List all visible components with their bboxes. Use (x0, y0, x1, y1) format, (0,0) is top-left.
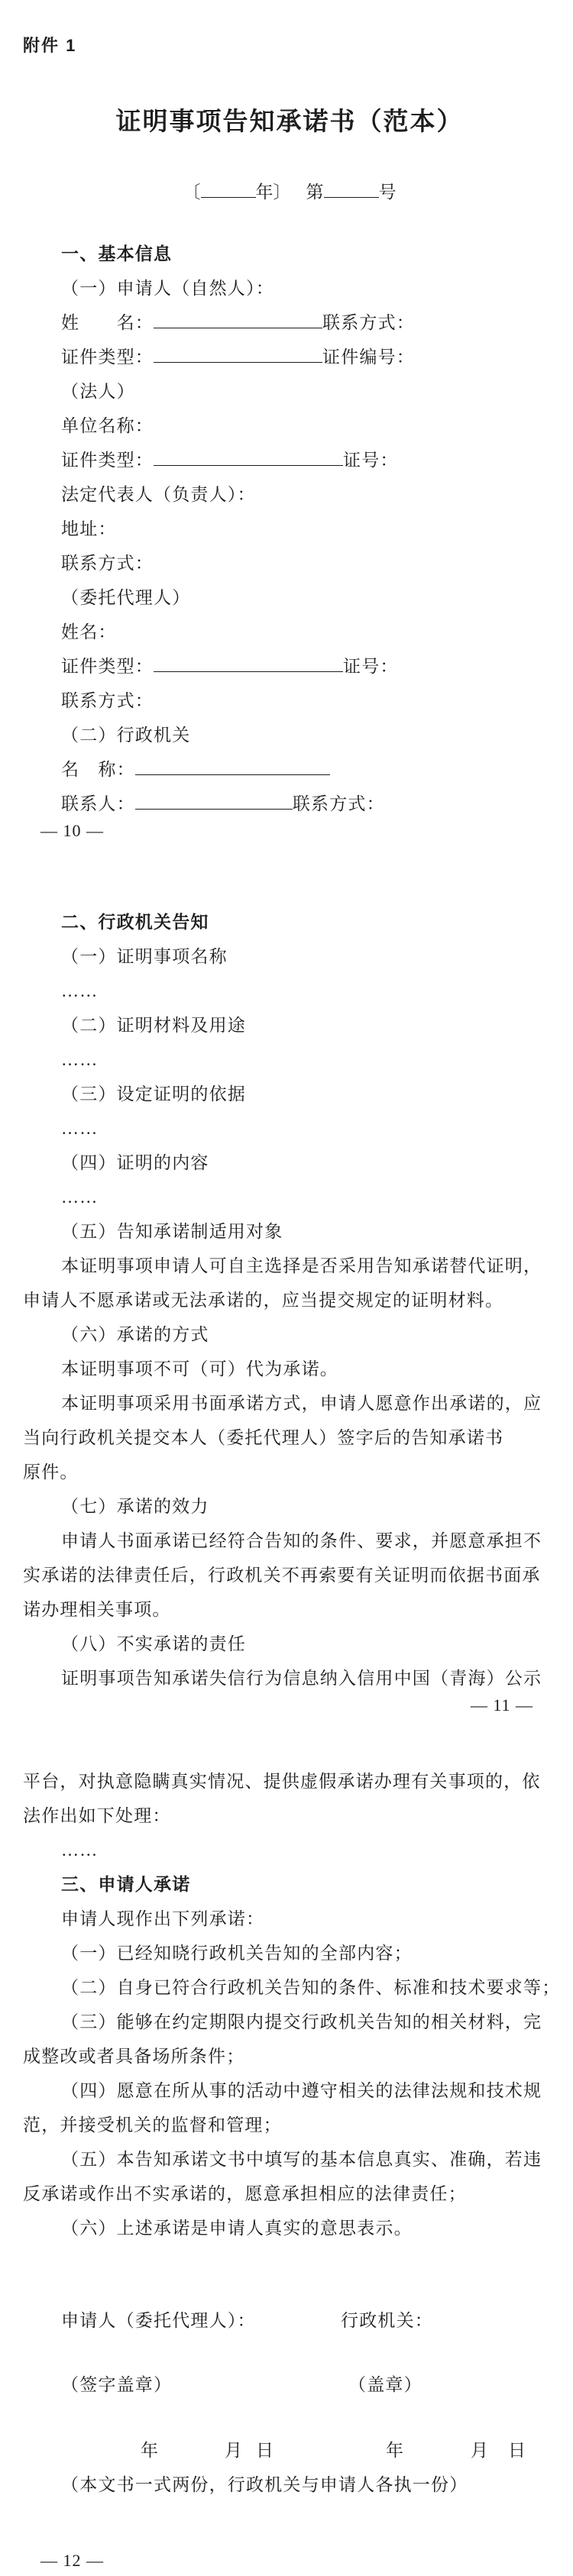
blank-underline (201, 179, 256, 198)
body-line: 本证明事项采用书面承诺方式，申请人愿意作出承诺的，应 (23, 1386, 556, 1421)
doc-number-line: 〔年〕第号 (23, 179, 556, 202)
date-year: 年 (141, 2433, 159, 2468)
body-line: （五）告知承诺制适用对象 (23, 1214, 556, 1249)
date-month: 月 (225, 2433, 243, 2468)
page-footer-11: — 11 — (23, 1695, 556, 1715)
copies-note: （本文书一式两份，行政机关与申请人各执一份） (23, 2468, 556, 2502)
body-line: （一）已经知晓行政机关告知的全部内容； (23, 1936, 556, 1970)
body-line: （六）上述承诺是申请人真实的意思表示。 (23, 2211, 556, 2245)
body-line: （七）承诺的效力 (23, 1489, 556, 1524)
ellipsis-line: …… (23, 1180, 556, 1214)
seal-row: （签字盖章） （盖章） (23, 2368, 556, 2402)
number-no-suffix: 号 (379, 183, 397, 202)
legal-person-subheading: （法人） (23, 374, 556, 409)
cert-type-label: 证件类型： (61, 347, 154, 367)
body-line: 申请人书面承诺已经符合告知的条件、要求，并愿意承担不 (23, 1524, 556, 1558)
applicant-natural-subheading: （一）申请人（自然人）： (23, 271, 556, 305)
body-line: 反承诺或作出不实承诺的，愿意承担相应的法律责任； (23, 2177, 556, 2211)
blank-underline (324, 179, 379, 198)
blank-underline (154, 654, 343, 672)
ellipsis-line: …… (23, 1833, 556, 1867)
blank-underline (154, 310, 322, 328)
form-line-cert-agent: 证件类型：证号： (23, 649, 556, 684)
agent-name-label: 姓名： (23, 615, 556, 649)
body-line: （八）不实承诺的责任 (23, 1627, 556, 1661)
contact-label-line: 联系方式： (23, 546, 556, 580)
body-line: （一）证明事项名称 (23, 939, 556, 974)
body-line: 成整改或者具备场所条件； (23, 2039, 556, 2073)
body-line: （六）承诺的方式 (23, 1317, 556, 1352)
section-1-heading: 一、基本信息 (23, 237, 556, 271)
body-line: 诺办理相关事项。 (23, 1592, 556, 1627)
org-name-label: 名 称： (61, 760, 135, 779)
blank-underline (135, 757, 330, 775)
date-day: 日 (256, 2433, 274, 2468)
form-line-cert-legal: 证件类型：证号： (23, 443, 556, 477)
body-line: 原件。 (23, 1455, 556, 1489)
number-no-prefix: 第 (306, 183, 324, 202)
agent-subheading: （委托代理人） (23, 580, 556, 615)
blank-underline (154, 344, 322, 363)
authority-subheading: （二）行政机关 (23, 718, 556, 752)
address-label: 地址： (23, 512, 556, 546)
contact-label: 联系方式： (293, 794, 385, 813)
applicant-signature-label: 申请人（委托代理人）： (61, 2303, 256, 2338)
body-line: 当向行政机关提交本人（委托代理人）签字后的告知承诺书 (23, 1421, 556, 1455)
body-line: 本证明事项不可（可）代为承诺。 (23, 1352, 556, 1386)
number-open-bracket: 〔 (183, 183, 201, 202)
number-year-label: 年〕 (256, 183, 291, 202)
cert-no-short-label: 证号： (343, 451, 399, 470)
signature-row: 申请人（委托代理人）： 行政机关： (23, 2303, 556, 2338)
agent-contact-label: 联系方式： (23, 684, 556, 718)
section-2-heading: 二、行政机关告知 (23, 905, 556, 939)
body-line: （三）设定证明的依据 (23, 1077, 556, 1111)
body-line: 申请人现作出下列承诺： (23, 1902, 556, 1936)
ellipsis-line: …… (23, 1111, 556, 1146)
legal-rep-label: 法定代表人（负责人）： (23, 477, 556, 512)
date-month: 月 (471, 2433, 489, 2468)
contact-person-label: 联系人： (61, 794, 135, 813)
body-line: （三）能够在约定期限内提交行政机关告知的相关材料，完 (23, 2005, 556, 2039)
cert-no-short-label: 证号： (343, 657, 399, 676)
cert-no-label: 证件编号： (322, 347, 415, 367)
form-line-contact-person: 联系人：联系方式： (23, 787, 556, 821)
contact-label: 联系方式： (322, 313, 415, 332)
body-line: （五）本告知承诺文书中填写的基本信息真实、准确，若违 (23, 2142, 556, 2177)
body-line: 范，并接受机关的监督和管理； (23, 2108, 556, 2142)
date-day: 日 (508, 2433, 526, 2468)
cert-type-label: 证件类型： (61, 451, 154, 470)
body-line: 实承诺的法律责任后，行政机关不再索要有关证明而依据书面承 (23, 1558, 556, 1592)
body-line: （四）证明的内容 (23, 1146, 556, 1180)
body-line: （四）愿意在所从事的活动中遵守相关的法律法规和技术规 (23, 2073, 556, 2108)
doc-title: 证明事项告知承诺书（范本） (23, 107, 556, 137)
body-line: 平台，对执意隐瞒真实情况、提供虚假承诺办理有关事项的，依 (23, 1764, 556, 1799)
date-year: 年 (386, 2433, 404, 2468)
page-footer-10: — 10 — (23, 821, 556, 841)
blank-underline (135, 791, 293, 810)
name-label: 姓 名： (61, 313, 154, 332)
sign-seal-label: （签字盖章） (61, 2368, 172, 2402)
page-footer-12: — 12 — (23, 2551, 556, 2571)
form-line-cert: 证件类型：证件编号： (23, 340, 556, 374)
body-line: 申请人不愿承诺或无法承诺的，应当提交规定的证明材料。 (23, 1283, 556, 1317)
body-line: 本证明事项申请人可自主选择是否采用告知承诺替代证明， (23, 1249, 556, 1283)
attachment-label: 附件 1 (23, 35, 556, 57)
ellipsis-line: …… (23, 1042, 556, 1077)
authority-signature-label: 行政机关： (341, 2303, 433, 2338)
form-line-name: 姓 名：联系方式： (23, 305, 556, 340)
unit-name-label: 单位名称： (23, 409, 556, 443)
ellipsis-line: …… (23, 974, 556, 1008)
seal-label: （盖章） (348, 2368, 422, 2402)
document-page: 附件 1 证明事项告知承诺书（范本） 〔年〕第号 一、基本信息 （一）申请人（自… (0, 0, 573, 2571)
date-row: 年 月 日 年 月 日 (23, 2433, 556, 2468)
body-line: 法作出如下处理： (23, 1799, 556, 1833)
form-line-org-name: 名 称： (23, 752, 556, 787)
cert-type-label: 证件类型： (61, 657, 154, 676)
body-line: （二）证明材料及用途 (23, 1008, 556, 1042)
section-3-heading: 三、申请人承诺 (23, 1867, 556, 1902)
body-line: （二）自身已符合行政机关告知的条件、标准和技术要求等； (23, 1970, 556, 2005)
blank-underline (154, 448, 343, 466)
body-line: 证明事项告知承诺失信行为信息纳入信用中国（青海）公示 (23, 1661, 556, 1695)
